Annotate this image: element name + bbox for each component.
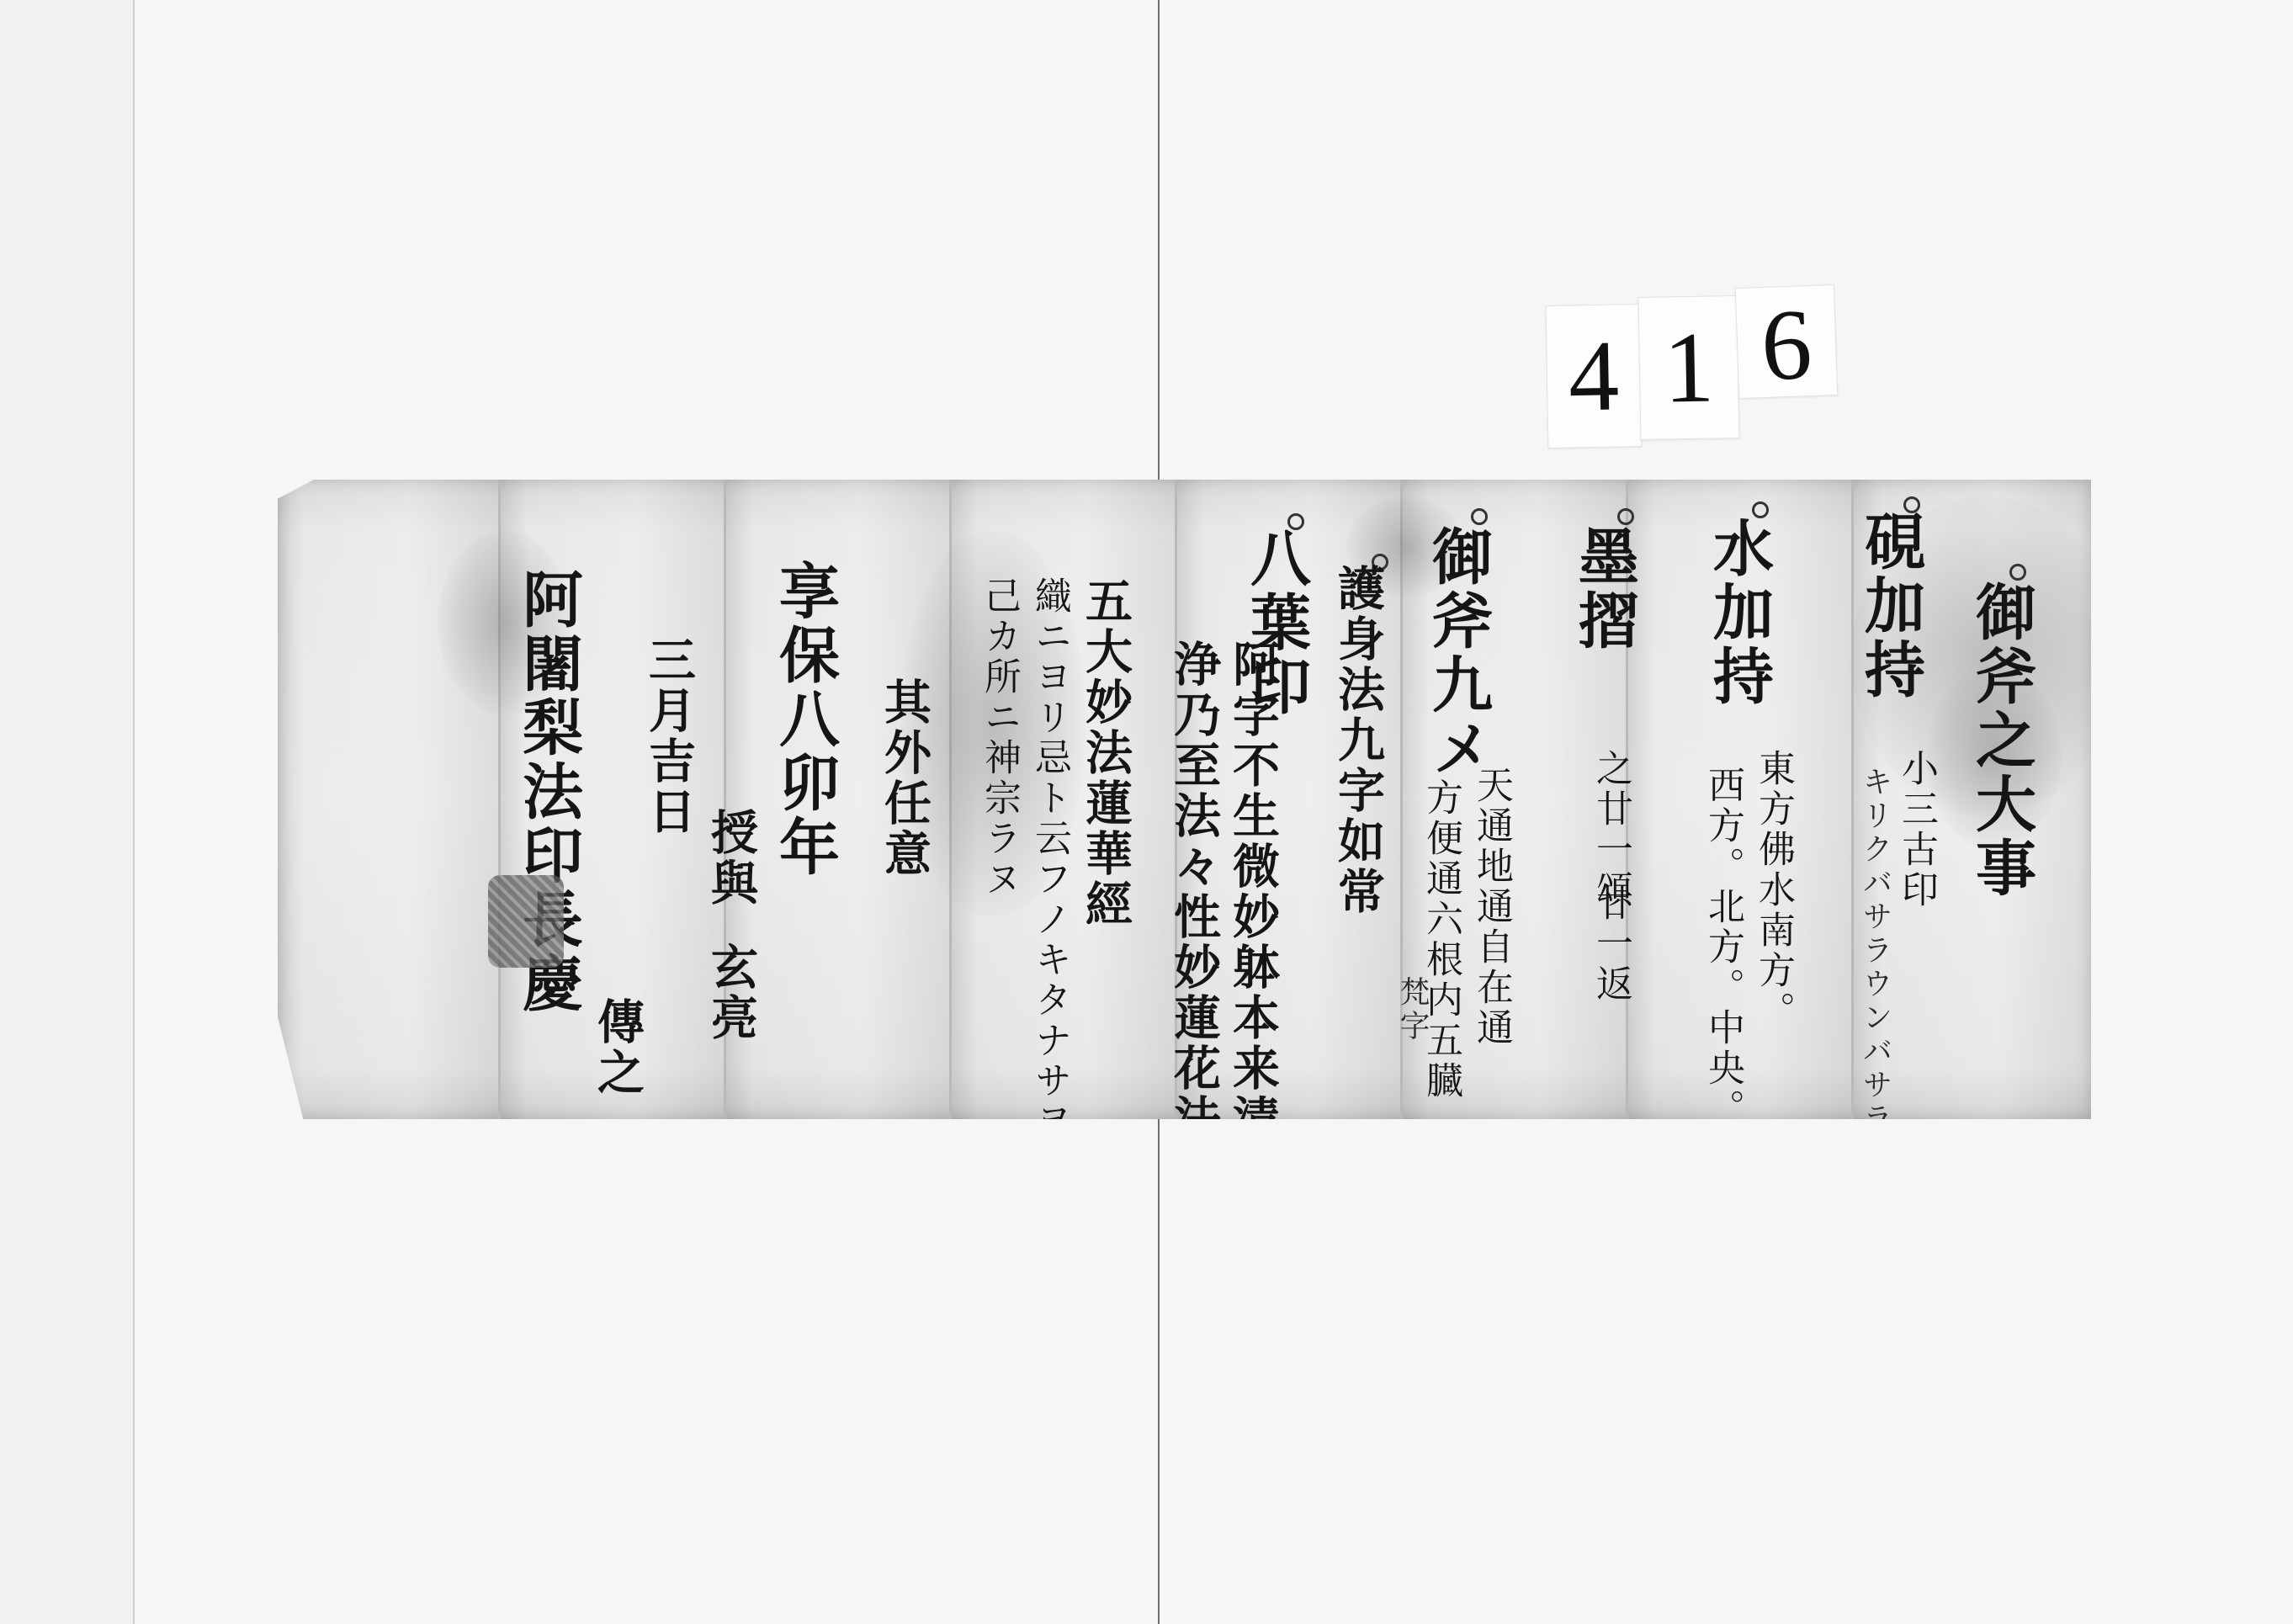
text-column: 梵字 bbox=[1397, 976, 1427, 1043]
text-column: 其外任意 bbox=[880, 677, 927, 879]
text-column: 授與 bbox=[707, 808, 754, 909]
text-column: 廿一返 bbox=[1592, 884, 1629, 1005]
text-column: 方便通六根内五臓 bbox=[1422, 778, 1459, 1101]
catalog-digit: 4 bbox=[1546, 304, 1643, 448]
annotation-circle bbox=[1617, 508, 1634, 525]
text-column: 墨摺 bbox=[1574, 525, 1634, 653]
text-column: 御斧之大事 bbox=[1971, 581, 2031, 900]
text-column: 硯加持 bbox=[1860, 510, 1920, 702]
manuscript-sheet: 御斧之大事 硯加持 小三古印 キリクバサラウンバサラ 水加持 東方佛水南方。 西… bbox=[278, 480, 2091, 1119]
text-column: 織ニヨリ忌ト云フノキタナサヲ bbox=[1031, 576, 1068, 1142]
annotation-circle bbox=[2009, 564, 2026, 581]
annotation-circle bbox=[1471, 508, 1488, 525]
text-column: 五大妙法蓮華經 bbox=[1081, 576, 1128, 930]
annotation-circle bbox=[1752, 502, 1769, 518]
text-column: 阿字不生微妙躰本来清 bbox=[1229, 640, 1276, 1144]
text-column: 西方。北方。中央。 bbox=[1704, 766, 1741, 1129]
text-column: 享保八卯年 bbox=[774, 560, 835, 879]
text-column: 三月吉日 bbox=[645, 635, 692, 837]
text-column: 護身法九字如常 bbox=[1334, 564, 1381, 917]
text-column: 小三古印 bbox=[1898, 749, 1935, 910]
text-column: 傳之 bbox=[593, 997, 640, 1098]
scanner-margin bbox=[0, 0, 135, 1624]
text-column: 玄亮 bbox=[707, 942, 754, 1043]
text-column: キリクバサラウンバサラ bbox=[1860, 766, 1890, 1136]
text-column: 天通地通自在通 bbox=[1473, 766, 1510, 1048]
seal-stamp bbox=[488, 875, 564, 968]
text-column: 己カ所ニ神宗ラヌ bbox=[980, 576, 1017, 900]
catalog-digit: 1 bbox=[1638, 295, 1740, 440]
text-column: 水加持 bbox=[1708, 517, 1769, 709]
text-column: 浄乃至法々性妙蓮花法 bbox=[1170, 640, 1217, 1144]
catalog-digit: 6 bbox=[1735, 284, 1839, 399]
text-column: 御斧九メ bbox=[1427, 525, 1488, 781]
text-column: 東方佛水南方。 bbox=[1754, 749, 1791, 1032]
